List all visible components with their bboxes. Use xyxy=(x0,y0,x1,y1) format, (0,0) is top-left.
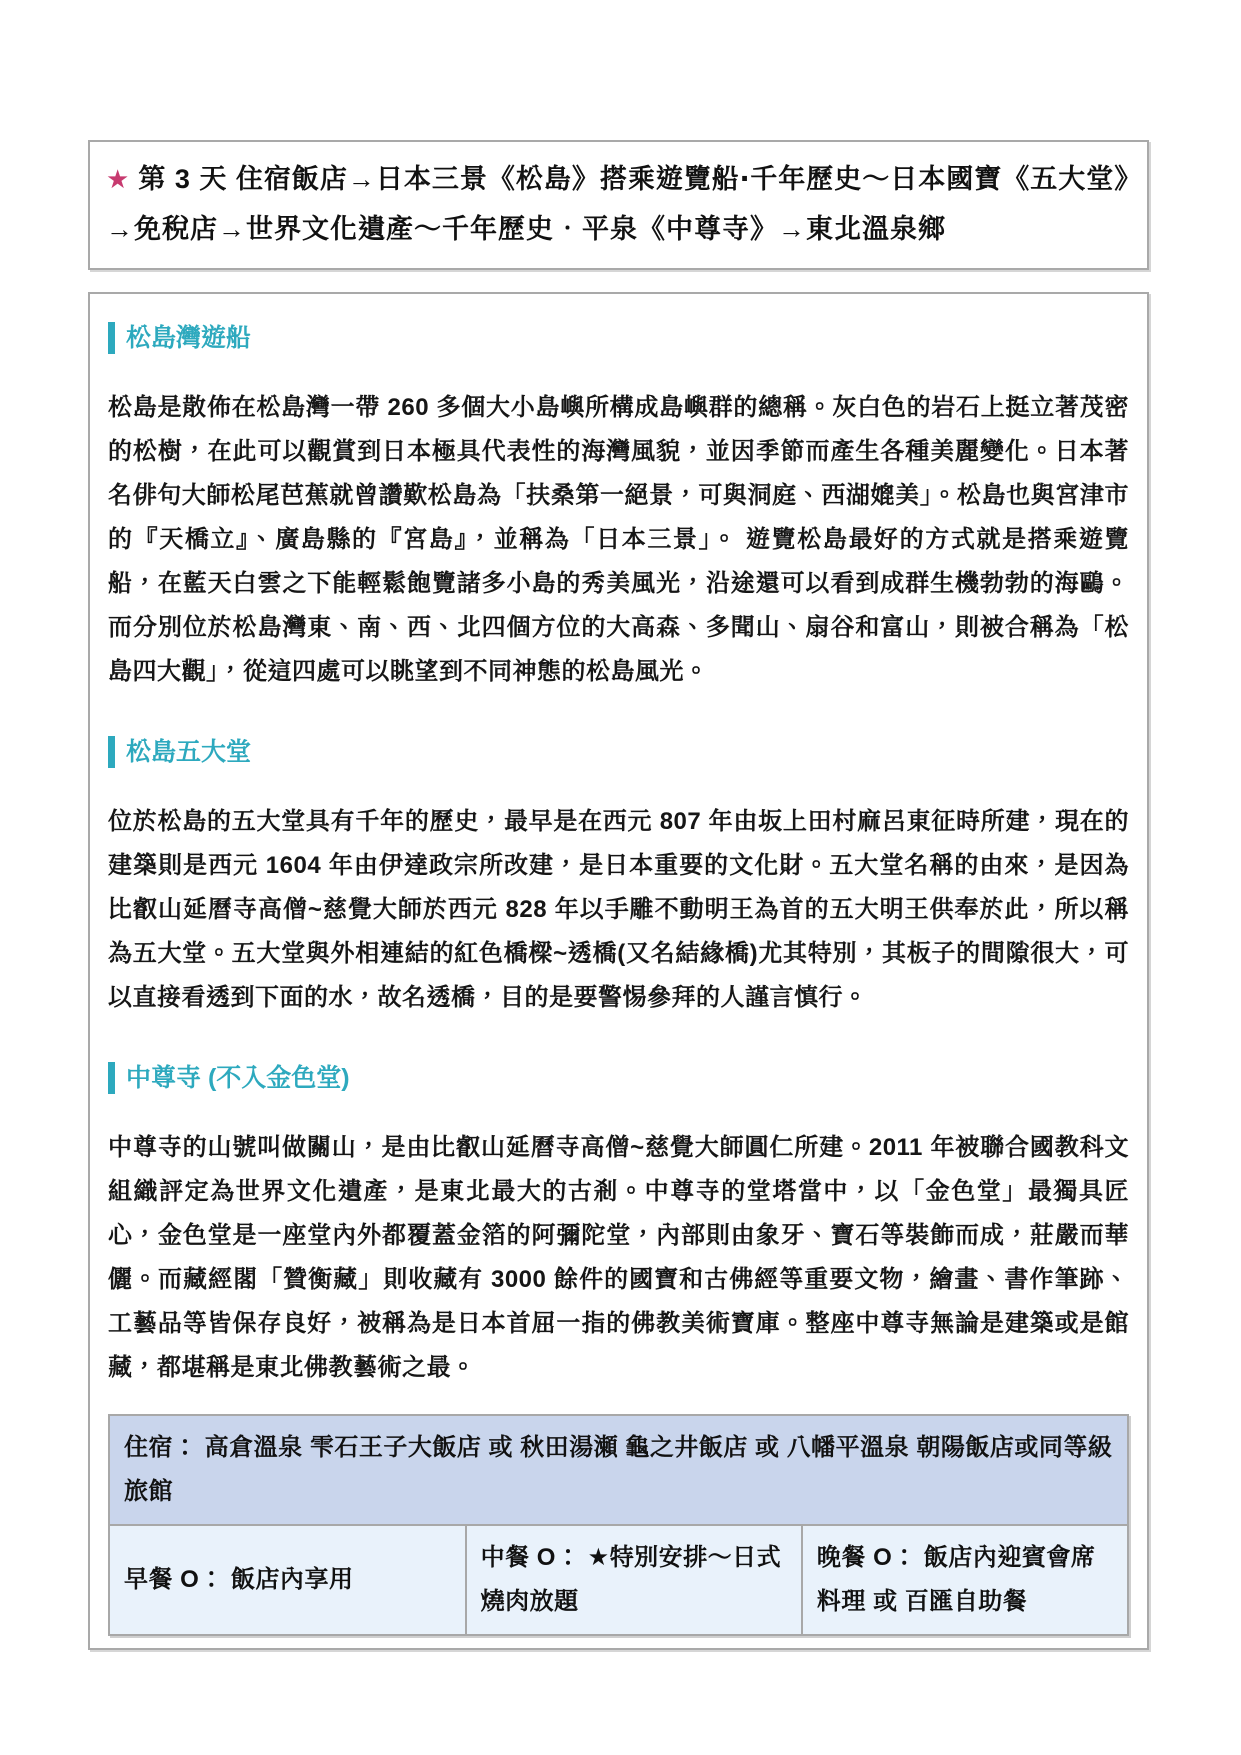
meals-row: 早餐 O： 飯店內享用 中餐 O： ★特別安排～日式燒肉放題 晚餐 O： 飯店內… xyxy=(109,1525,1128,1635)
lunch-cell: 中餐 O： ★特別安排～日式燒肉放題 xyxy=(466,1525,802,1635)
day-title: 第 3 天 住宿飯店→日本三景《松島》搭乘遊覽船‧千年歷史～日本國寶《五大堂》→… xyxy=(106,164,1129,244)
section-heading-godaido: 松島五大堂 xyxy=(108,736,1129,768)
section-heading-matsushima-bay-cruise: 松島灣遊船 xyxy=(108,322,1129,354)
star-icon: ★ xyxy=(106,164,130,194)
breakfast-cell: 早餐 O： 飯店內享用 xyxy=(109,1525,466,1635)
section-body-godaido: 位於松島的五大堂具有千年的歷史，最早是在西元 807 年由坂上田村麻呂東征時所建… xyxy=(108,800,1129,1020)
dinner-cell: 晚餐 O： 飯店內迎賓會席料理 或 百匯自助餐 xyxy=(802,1525,1128,1635)
content-box: 松島灣遊船 松島是散佈在松島灣一帶 260 多個大小島嶼所構成島嶼群的總稱。灰白… xyxy=(88,292,1149,1650)
accommodation-row: 住宿： 高倉溫泉 雫石王子大飯店 或 秋田湯瀬 龜之井飯店 或 八幡平溫泉 朝陽… xyxy=(109,1415,1128,1525)
section-body-matsushima-bay-cruise: 松島是散佈在松島灣一帶 260 多個大小島嶼所構成島嶼群的總稱。灰白色的岩石上挺… xyxy=(108,386,1129,694)
section-heading-chusonji: 中尊寺 (不入金色堂) xyxy=(108,1062,1129,1094)
day-header-box: ★第 3 天 住宿飯店→日本三景《松島》搭乘遊覽船‧千年歷史～日本國寶《五大堂》… xyxy=(88,140,1149,270)
accommodation-cell: 住宿： 高倉溫泉 雫石王子大飯店 或 秋田湯瀬 龜之井飯店 或 八幡平溫泉 朝陽… xyxy=(109,1415,1128,1525)
section-body-chusonji: 中尊寺的山號叫做關山，是由比叡山延曆寺高僧~慈覺大師圓仁所建。2011 年被聯合… xyxy=(108,1126,1129,1390)
hotel-meal-table: 住宿： 高倉溫泉 雫石王子大飯店 或 秋田湯瀬 龜之井飯店 或 八幡平溫泉 朝陽… xyxy=(108,1414,1129,1636)
itinerary-page: ★第 3 天 住宿飯店→日本三景《松島》搭乘遊覽船‧千年歷史～日本國寶《五大堂》… xyxy=(0,0,1241,1755)
